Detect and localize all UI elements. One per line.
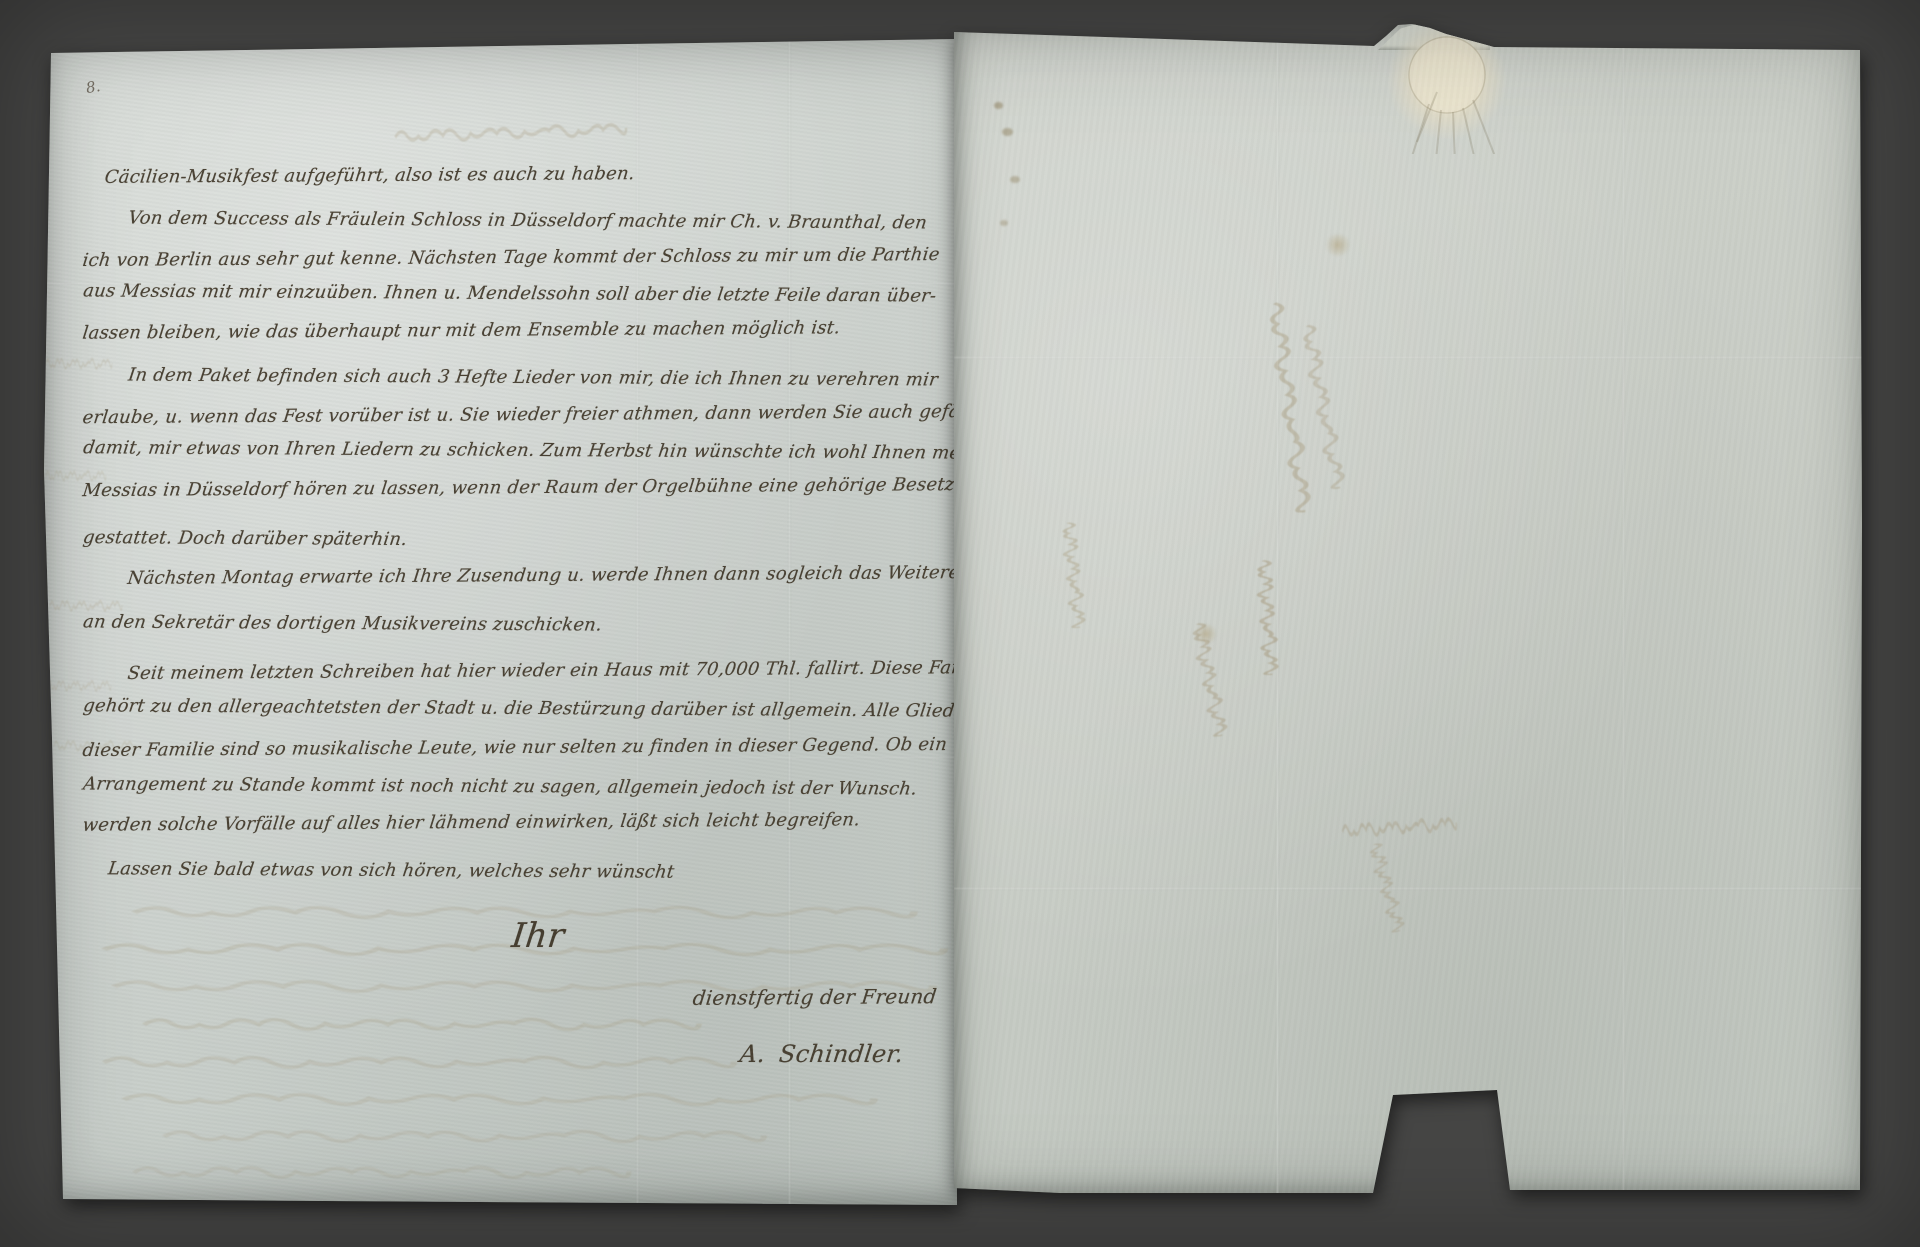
valediction: Ihr	[510, 916, 567, 956]
handwriting-line: gestattet. Doch darüber späterhin.	[82, 527, 409, 550]
letter-sheet-wrap: 8. Cäcilien-Musikfest aufgeführt, also i…	[44, 38, 959, 1208]
archival-page-number: 8.	[85, 77, 102, 97]
signature: A. Schindler.	[738, 1040, 905, 1068]
handwriting-line: Cäcilien-Musikfest aufgeführt, also ist …	[104, 163, 636, 188]
handwriting-line: an den Sekretär des dortigen Musikverein…	[82, 611, 603, 635]
ink-bleedthrough-layer	[954, 24, 1864, 1196]
address-leaf	[954, 24, 1864, 1196]
handwriting-line: Lassen Sie bald etwas von sich hören, we…	[107, 858, 676, 882]
scan-background: 8. Cäcilien-Musikfest aufgeführt, also i…	[0, 0, 1920, 1247]
closing-line: dienstfertig der Freund	[692, 984, 939, 1010]
letter-page: 8. Cäcilien-Musikfest aufgeführt, also i…	[44, 38, 959, 1208]
address-leaf-wrap	[954, 24, 1864, 1196]
